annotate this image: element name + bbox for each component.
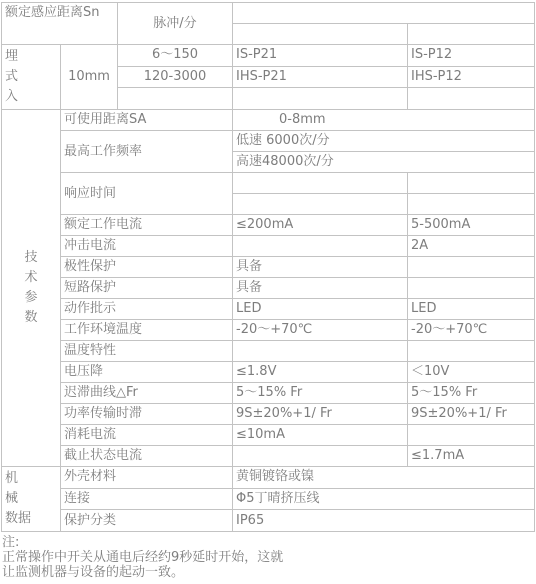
param-name: 外壳材料	[61, 467, 233, 489]
param-value: 120-3000	[118, 66, 233, 88]
param-name: 功率传输时滞	[61, 404, 233, 425]
table-row: 温度特性	[2, 341, 535, 362]
param-value: 5～15% Fr	[233, 383, 408, 404]
param-value: 9S±20%+1/ Fr	[408, 404, 535, 425]
footnote: 注: 正常操作中开关从通电后经约9秒延时开始，这就 让监测机器与设备的起动一致。	[2, 535, 536, 580]
table-row: 极性保护具备	[2, 257, 535, 278]
table-row: 保护分类IP65	[2, 510, 535, 532]
param-name: 保护分类	[61, 510, 233, 532]
spec-table: 额定感应距离Sn脉冲/分埋 式 入10mm6～150IS-P21IS-P1212…	[1, 2, 535, 532]
param-value: 具备	[233, 257, 408, 278]
param-value: ＜10V	[408, 362, 535, 383]
table-row: 机 械 数据外壳材料黄铜镀铬或镍	[2, 467, 535, 489]
table-row: 截止状态电流≤1.7mA	[2, 446, 535, 467]
param-value: 6～150	[118, 45, 233, 67]
footnote-line-1: 正常操作中开关从通电后经约9秒延时开始，这就	[2, 550, 536, 565]
param-name: 温度特性	[61, 341, 233, 362]
table-row: 冲击电流2A	[2, 236, 535, 257]
table-row: 短路保护具备	[2, 278, 535, 299]
param-value: -20～+70℃	[408, 320, 535, 341]
param-value: 5～15% Fr	[408, 383, 535, 404]
table-row: 工作环境温度-20～+70℃-20～+70℃	[2, 320, 535, 341]
param-value	[408, 341, 535, 362]
table-row: 最高工作频率低速 6000次/分	[2, 131, 535, 152]
param-value: LED	[408, 299, 535, 320]
param-value: 10mm	[61, 45, 118, 110]
param-value	[233, 194, 408, 215]
param-name: 最高工作频率	[61, 131, 233, 173]
param-value	[408, 88, 535, 110]
param-name: 动作批示	[61, 299, 233, 320]
table-row: 技 术 参 数可使用距离SA0-8mm	[2, 110, 535, 131]
param-value: 9S±20%+1/ Fr	[233, 404, 408, 425]
param-name: 工作环境温度	[61, 320, 233, 341]
param-value	[233, 88, 408, 110]
param-value	[233, 341, 408, 362]
param-value: LED	[233, 299, 408, 320]
param-value	[408, 194, 535, 215]
param-value: Φ5丁晴挤压线	[233, 488, 535, 510]
param-value: 5-500mA	[408, 215, 535, 236]
section-label-mechanical-data: 机 械 数据	[2, 467, 61, 532]
table-row: 功率传输时滞9S±20%+1/ Fr9S±20%+1/ Fr	[2, 404, 535, 425]
param-value: 0-8mm	[233, 110, 535, 131]
section-label-embedded: 埋 式 入	[2, 45, 61, 110]
table-row: 动作批示LEDLED	[2, 299, 535, 320]
param-value: 2A	[408, 236, 535, 257]
table-row: 消耗电流≤10mA	[2, 425, 535, 446]
param-name: 极性保护	[61, 257, 233, 278]
param-value	[408, 425, 535, 446]
param-value: 低速 6000次/分	[233, 131, 535, 152]
param-value	[118, 88, 233, 110]
header-empty-cell	[233, 24, 408, 45]
param-value: 具备	[233, 278, 408, 299]
table-row: 迟滞曲线△Fr5～15% Fr5～15% Fr	[2, 383, 535, 404]
param-name: 响应时间	[61, 173, 233, 215]
param-name: 电压降	[61, 362, 233, 383]
param-value: 高速48000次/分	[233, 152, 535, 173]
param-value: IHS-P21	[233, 66, 408, 88]
footnote-line-2: 让监测机器与设备的起动一致。	[2, 565, 536, 580]
table-row: 埋 式 入10mm6～150IS-P21IS-P12	[2, 45, 535, 67]
param-value: ≤200mA	[233, 215, 408, 236]
param-value: 黄铜镀铬或镍	[233, 467, 535, 489]
param-value	[408, 173, 535, 194]
param-value: IP65	[233, 510, 535, 532]
param-value	[408, 257, 535, 278]
param-name: 截止状态电流	[61, 446, 233, 467]
param-value: ≤10mA	[233, 425, 408, 446]
param-value	[408, 278, 535, 299]
table-row: 额定工作电流≤200mA5-500mA	[2, 215, 535, 236]
table-row: 连接Φ5丁晴挤压线	[2, 488, 535, 510]
param-name: 可使用距离SA	[61, 110, 233, 131]
table-row: 响应时间	[2, 173, 535, 194]
header-empty-cell	[233, 3, 535, 24]
param-value: ≤1.7mA	[408, 446, 535, 467]
param-value: IS-P21	[233, 45, 408, 67]
param-name: 额定工作电流	[61, 215, 233, 236]
section-label-technical-parameters: 技 术 参 数	[2, 110, 61, 467]
param-value: ≤1.8V	[233, 362, 408, 383]
param-value: -20～+70℃	[233, 320, 408, 341]
spec-sheet-page: 额定感应距离Sn脉冲/分埋 式 入10mm6～150IS-P21IS-P1212…	[0, 0, 536, 584]
table-row: 电压降≤1.8V＜10V	[2, 362, 535, 383]
param-name: 迟滞曲线△Fr	[61, 383, 233, 404]
param-name: 冲击电流	[61, 236, 233, 257]
spec-table-body: 额定感应距离Sn脉冲/分埋 式 入10mm6～150IS-P21IS-P1212…	[2, 3, 535, 532]
param-value	[233, 173, 408, 194]
param-name: 短路保护	[61, 278, 233, 299]
param-value: IS-P12	[408, 45, 535, 67]
header-empty-cell	[408, 24, 535, 45]
footnote-label: 注:	[2, 535, 536, 550]
param-value	[233, 446, 408, 467]
param-name: 连接	[61, 488, 233, 510]
header-rated-sensing-distance: 额定感应距离Sn	[2, 3, 118, 45]
param-value	[233, 236, 408, 257]
param-value: IHS-P12	[408, 66, 535, 88]
header-pulse-per-min: 脉冲/分	[118, 3, 233, 45]
table-row: 额定感应距离Sn脉冲/分	[2, 3, 535, 24]
param-name: 消耗电流	[61, 425, 233, 446]
